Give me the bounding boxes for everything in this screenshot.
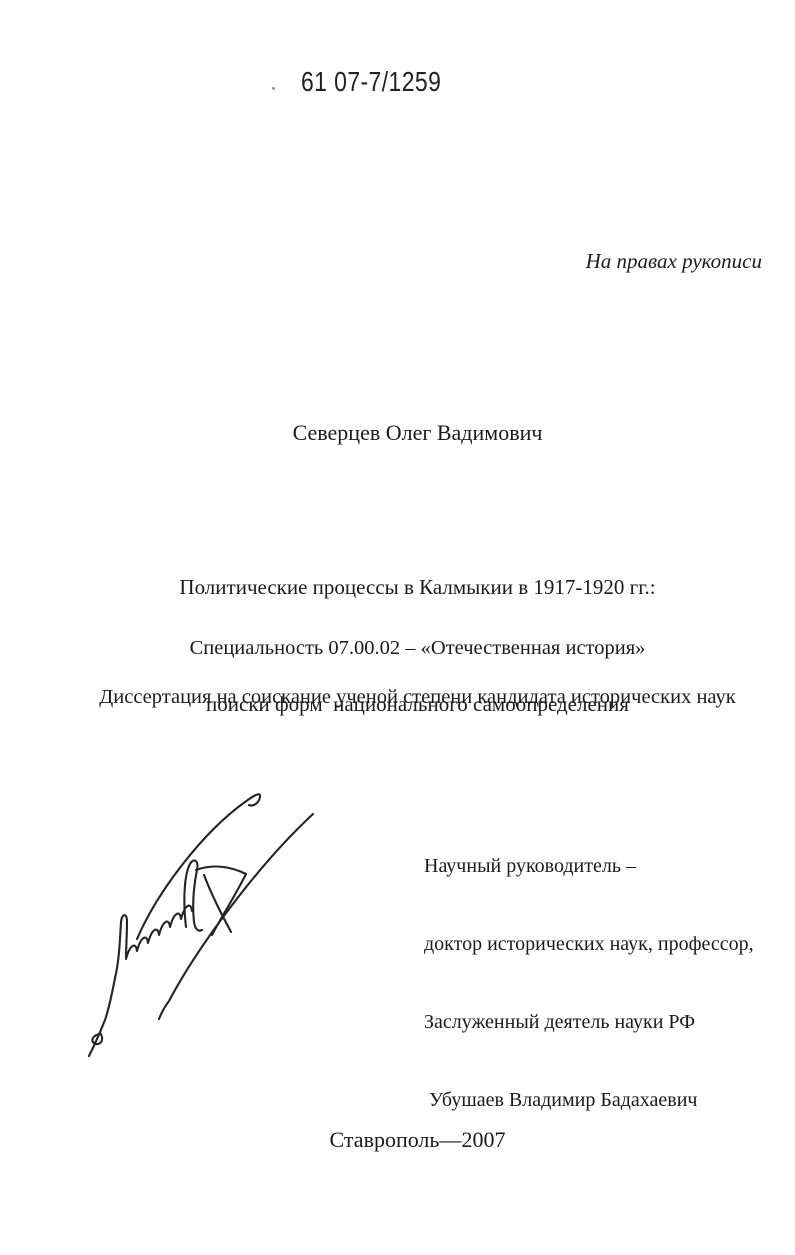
dissertation-type-line: Диссертация на соискание ученой степени … [40, 686, 795, 709]
handwritten-signature [65, 772, 335, 1072]
supervisor-block: Научный руководитель – доктор историческ… [424, 801, 754, 1165]
author-name: Северцев Олег Вадимович [40, 420, 795, 446]
supervisor-line-4: Убушаев Владимир Бадахаевич [424, 1087, 754, 1113]
supervisor-line-3: Заслуженный деятель науки РФ [424, 1009, 754, 1035]
title-line-1: Политические процессы в Калмыкии в 1917-… [40, 568, 795, 607]
supervisor-line-2: доктор исторических наук, профессор, [424, 931, 754, 957]
manuscript-note: На правах рукописи [0, 249, 762, 274]
dissertation-title-page: 61 07-7/1259 На правах рукописи Северцев… [0, 0, 795, 1255]
catalog-number: 61 07-7/1259 [301, 66, 441, 98]
specialty-line: Специальность 07.00.02 – «Отечественная … [40, 637, 795, 660]
city-year: Ставрополь—2007 [40, 1127, 795, 1153]
scan-speck [272, 87, 275, 90]
supervisor-line-1: Научный руководитель – [424, 853, 754, 879]
